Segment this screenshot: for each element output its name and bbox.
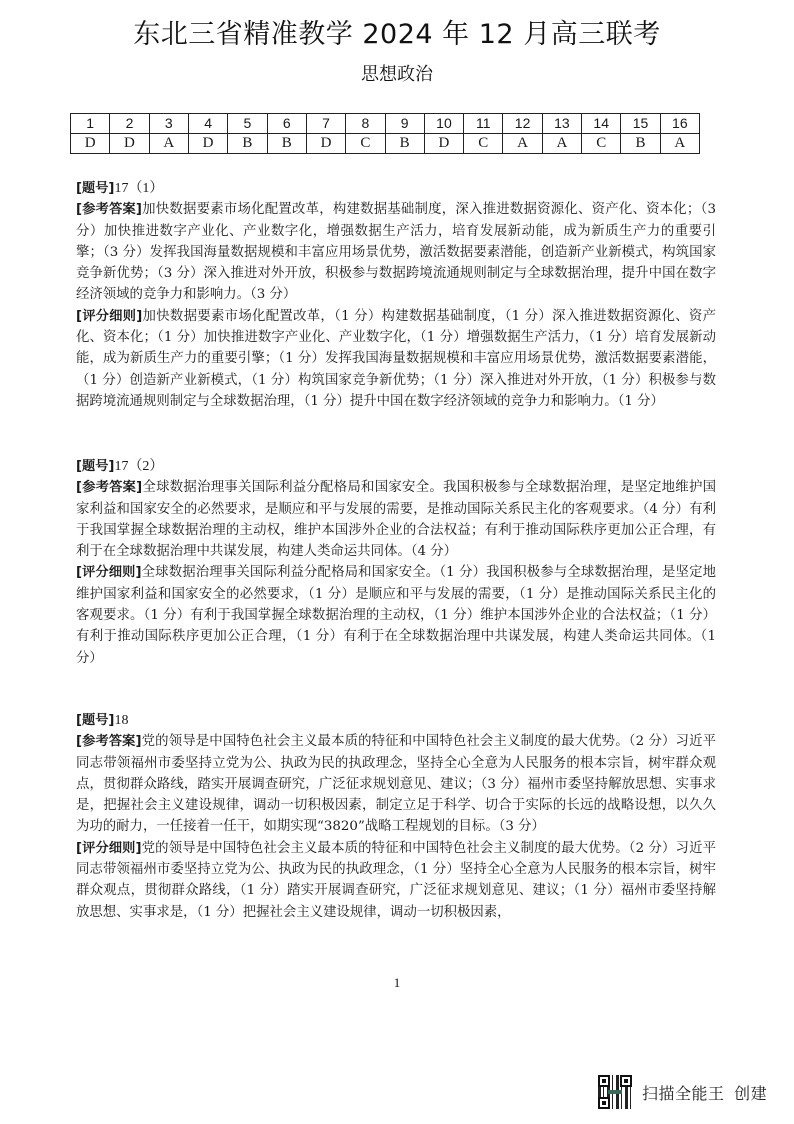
question-number-cell: 12 xyxy=(503,114,542,134)
question-number-cell: 11 xyxy=(464,114,503,134)
question-heading: [题号]18 xyxy=(76,710,716,731)
question-number-cell: 5 xyxy=(228,114,267,134)
reference-answer: [参考答案]加快数据要素市场化配置改革，构建数据基础制度，深入推进数据资源化、资… xyxy=(76,199,716,305)
scoring-rules-text: 党的领导是中国特色社会主义最本质的特征和中国特色社会主义制度的最大优势。（2 分… xyxy=(76,841,716,920)
answer-cell: D xyxy=(188,134,227,154)
answer-cell: B xyxy=(228,134,267,154)
answer-cell: C xyxy=(582,134,621,154)
question-number-cell: 15 xyxy=(621,114,660,134)
answer-cell: D xyxy=(306,134,345,154)
question-17-1-section: [题号]17（1） [参考答案]加快数据要素市场化配置改革，构建数据基础制度，深… xyxy=(76,178,716,412)
question-17-2-section: [题号]17（2） [参考答案]全球数据治理事关国际利益分配格局和国家安全。我国… xyxy=(76,456,716,669)
question-number-cell: 16 xyxy=(660,114,699,134)
scanner-watermark: 扫描全能王 创建 xyxy=(597,1074,767,1110)
question-number: 17（2） xyxy=(114,459,163,474)
question-number-cell: 7 xyxy=(306,114,345,134)
qr-code-icon xyxy=(597,1074,633,1110)
question-number-cell: 10 xyxy=(424,114,463,134)
reference-answer-label: [参考答案] xyxy=(76,480,142,495)
question-label: [题号] xyxy=(76,713,114,728)
scoring-rules-label: [评分细则] xyxy=(76,841,142,856)
reference-answer-text: 全球数据治理事关国际利益分配格局和国家安全。我国积极参与全球数据治理，是坚定地维… xyxy=(76,480,716,559)
answer-cell: B xyxy=(385,134,424,154)
question-heading: [题号]17（1） xyxy=(76,178,716,199)
scoring-rules: [评分细则]全球数据治理事关国际利益分配格局和国家安全。（1 分）我国积极参与全… xyxy=(76,562,716,668)
answer-cell: B xyxy=(267,134,306,154)
answer-cell: A xyxy=(503,134,542,154)
question-heading: [题号]17（2） xyxy=(76,456,716,477)
reference-answer-text: 党的领导是中国特色社会主义最本质的特征和中国特色社会主义制度的最大优势。（2 分… xyxy=(76,734,716,834)
reference-answer-label: [参考答案] xyxy=(76,202,142,217)
question-number-cell: 9 xyxy=(385,114,424,134)
answer-cell: A xyxy=(542,134,581,154)
question-number-row: 1 2 3 4 5 6 7 8 9 10 11 12 13 14 15 16 xyxy=(71,114,700,134)
question-number-cell: 6 xyxy=(267,114,306,134)
question-number: 17（1） xyxy=(114,181,163,196)
answer-cell: A xyxy=(149,134,188,154)
scoring-rules-text: 加快数据要素市场化配置改革，（1 分）构建数据基础制度，（1 分）深入推进数据资… xyxy=(76,309,716,409)
answer-cell: C xyxy=(346,134,385,154)
question-number: 18 xyxy=(114,713,128,728)
watermark-text: 扫描全能王 创建 xyxy=(642,1081,767,1104)
reference-answer: [参考答案]党的领导是中国特色社会主义最本质的特征和中国特色社会主义制度的最大优… xyxy=(76,731,716,837)
question-label: [题号] xyxy=(76,459,114,474)
answer-row: D D A D B B D C B D C A A C B A xyxy=(71,134,700,154)
question-number-cell: 14 xyxy=(582,114,621,134)
scoring-rules-label: [评分细则] xyxy=(76,309,142,324)
question-number-cell: 3 xyxy=(149,114,188,134)
answer-cell: D xyxy=(71,134,110,154)
reference-answer-label: [参考答案] xyxy=(76,734,142,749)
subject-title: 思想政治 xyxy=(0,60,794,86)
answer-cell: D xyxy=(424,134,463,154)
reference-answer: [参考答案]全球数据治理事关国际利益分配格局和国家安全。我国积极参与全球数据治理… xyxy=(76,477,716,562)
question-label: [题号] xyxy=(76,181,114,196)
answer-cell: C xyxy=(464,134,503,154)
scoring-rules: [评分细则]加快数据要素市场化配置改革，（1 分）构建数据基础制度，（1 分）深… xyxy=(76,306,716,412)
scoring-rules-label: [评分细则] xyxy=(76,565,142,580)
question-number-cell: 2 xyxy=(110,114,149,134)
question-number-cell: 8 xyxy=(346,114,385,134)
question-number-cell: 1 xyxy=(71,114,110,134)
reference-answer-text: 加快数据要素市场化配置改革，构建数据基础制度，深入推进数据资源化、资产化、资本化… xyxy=(76,202,716,302)
scoring-rules-text: 全球数据治理事关国际利益分配格局和国家安全。（1 分）我国积极参与全球数据治理，… xyxy=(76,565,716,665)
scoring-rules: [评分细则]党的领导是中国特色社会主义最本质的特征和中国特色社会主义制度的最大优… xyxy=(76,838,716,923)
document-title: 东北三省精准教学 2024 年 12 月高三联考 xyxy=(0,12,794,51)
question-18-section: [题号]18 [参考答案]党的领导是中国特色社会主义最本质的特征和中国特色社会主… xyxy=(76,710,716,923)
page-number: 1 xyxy=(0,975,794,991)
question-number-cell: 13 xyxy=(542,114,581,134)
answer-cell: D xyxy=(110,134,149,154)
answer-key-table: 1 2 3 4 5 6 7 8 9 10 11 12 13 14 15 16 D… xyxy=(70,113,700,154)
answer-cell: A xyxy=(660,134,699,154)
answer-cell: B xyxy=(621,134,660,154)
question-number-cell: 4 xyxy=(188,114,227,134)
